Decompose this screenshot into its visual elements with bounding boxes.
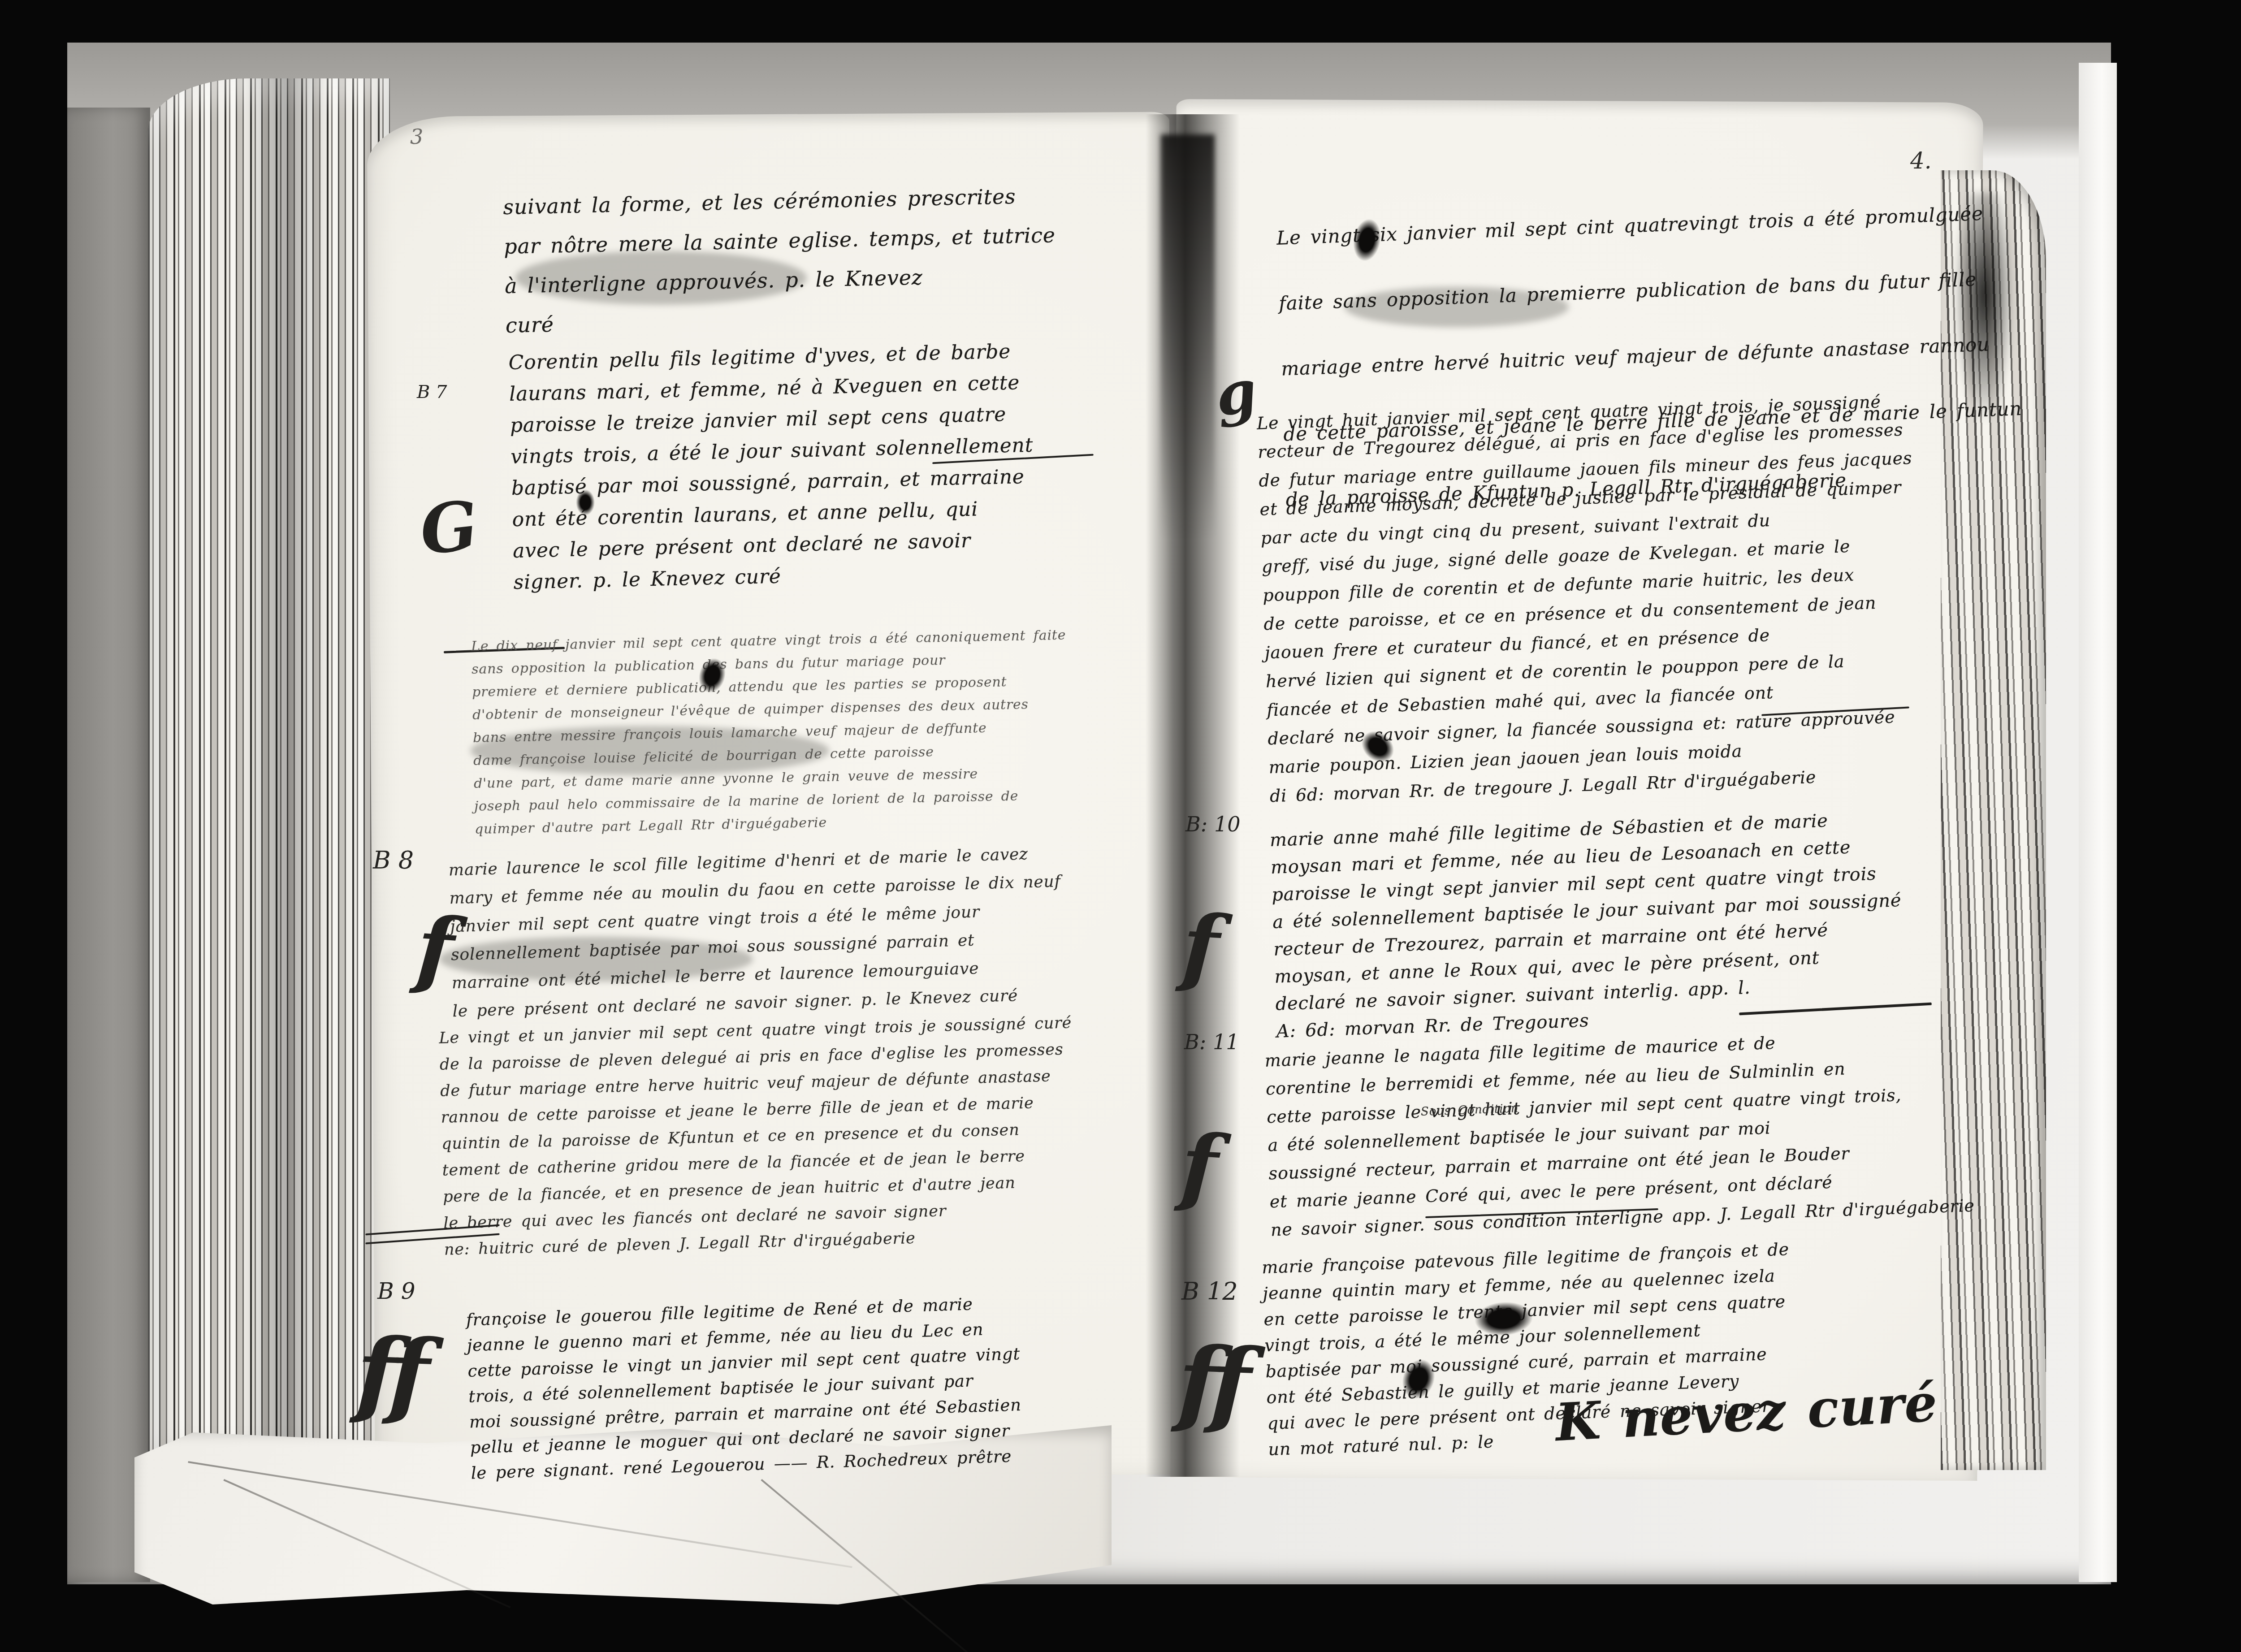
book-cover-edge [67, 108, 150, 1582]
margin-paraph-b10: f [1180, 895, 1221, 997]
margin-paraph-b12: ff [1176, 1326, 1245, 1439]
margin-paraph-b9: ff [355, 1317, 423, 1430]
margin-label-b8: B 8 [373, 846, 414, 874]
manuscript-photo: 3 4. suivant la forme, et les cérémonies… [0, 0, 2241, 1652]
margin-paraph-b8: f [413, 897, 457, 999]
margin-label-b10: B: 10 [1185, 812, 1240, 836]
page-stack-shadow [242, 78, 327, 1490]
ink-blot [576, 489, 595, 515]
entry-promises-huitric: Le vingt et un janvier mil sept cent qua… [439, 1008, 1170, 1263]
entry-publication-faint: Le dix neuf janvier mil sept cent quatre… [471, 622, 1183, 841]
margin-label-b12: B 12 [1181, 1277, 1238, 1306]
margin-label-b9: B 9 [377, 1278, 415, 1304]
entry-b10-marie-anne-mahe: marie anne mahé fille legitime de Sébast… [1269, 803, 1967, 1045]
margin-label-b7: B 7 [417, 382, 447, 402]
backdrop-sheet-edge [2079, 63, 2117, 1582]
entry-b7-corentin-pellu: Corentin pellu fils legitime d'yves, et … [508, 332, 1186, 598]
entry-b8-marie-laurence: marie laurence le scol fille legitime d'… [448, 836, 1170, 1026]
margin-label-b11: B: 11 [1184, 1030, 1239, 1054]
entry-continuation: suivant la forme, et les cérémonies pres… [502, 173, 1187, 345]
right-page-number: 4. [1910, 148, 1932, 174]
margin-paraph-b11: f [1178, 1115, 1220, 1217]
left-page-number: 3 [410, 125, 423, 149]
margin-paraph-b7: G [416, 486, 482, 570]
entry-b9-francoise-gouerou: françoise le gouerou fille legitime de R… [466, 1285, 1175, 1486]
